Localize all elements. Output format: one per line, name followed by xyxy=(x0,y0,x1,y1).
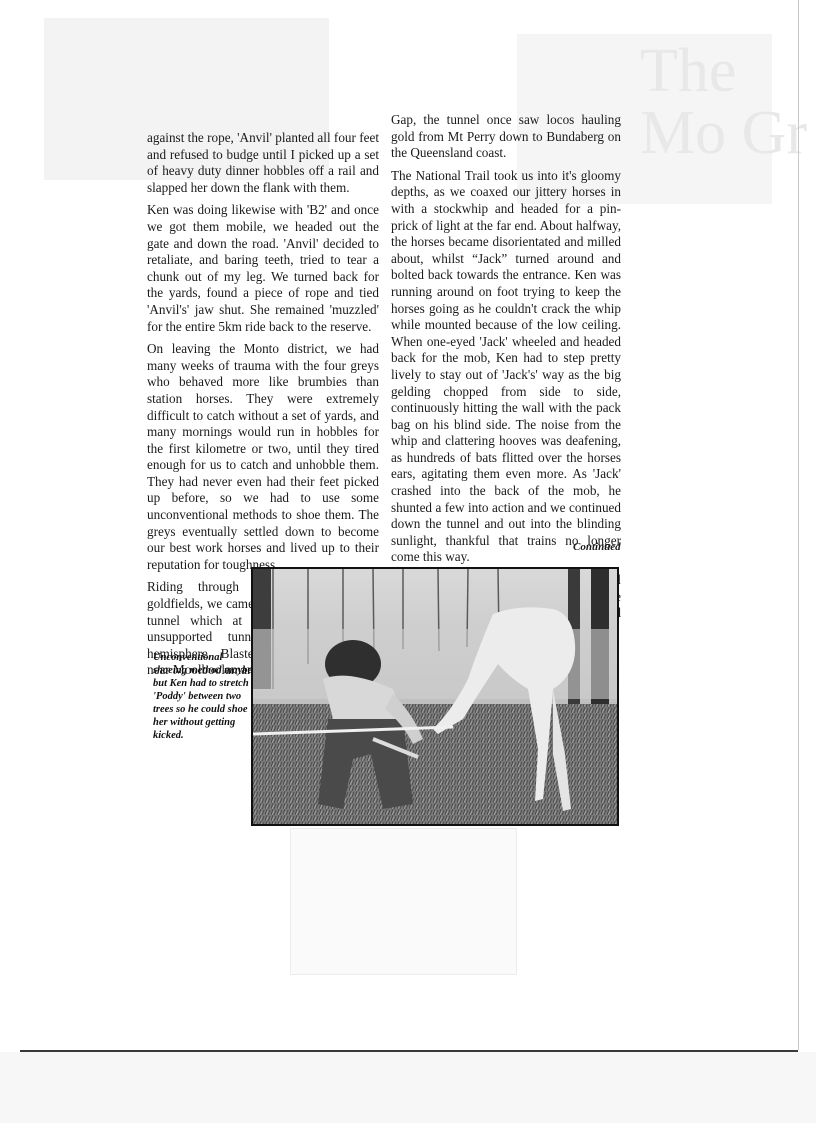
paragraph: The National Trail took us into it's glo… xyxy=(391,168,621,566)
photo-horse-shoeing-icon xyxy=(253,569,617,824)
paragraph: Gap, the tunnel once saw locos hauling g… xyxy=(391,112,621,162)
paragraph: against the rope, 'Anvil' planted all fo… xyxy=(147,130,379,196)
page-edge-right xyxy=(798,0,799,1050)
paragraph: On leaving the Monto district, we had ma… xyxy=(147,341,379,573)
photo-caption: Unconventional shoeing method maybe but … xyxy=(153,651,253,742)
continued-label: Continued xyxy=(573,541,621,553)
bleed-through-title: The Mo Gr xyxy=(640,40,816,164)
paragraph: Ken was doing likewise with 'B2' and onc… xyxy=(147,202,379,335)
article-column-right: Gap, the tunnel once saw locos hauling g… xyxy=(391,112,621,644)
bleed-through-map xyxy=(290,828,517,975)
scanner-bed xyxy=(0,1052,816,1123)
article-photo xyxy=(251,567,619,826)
